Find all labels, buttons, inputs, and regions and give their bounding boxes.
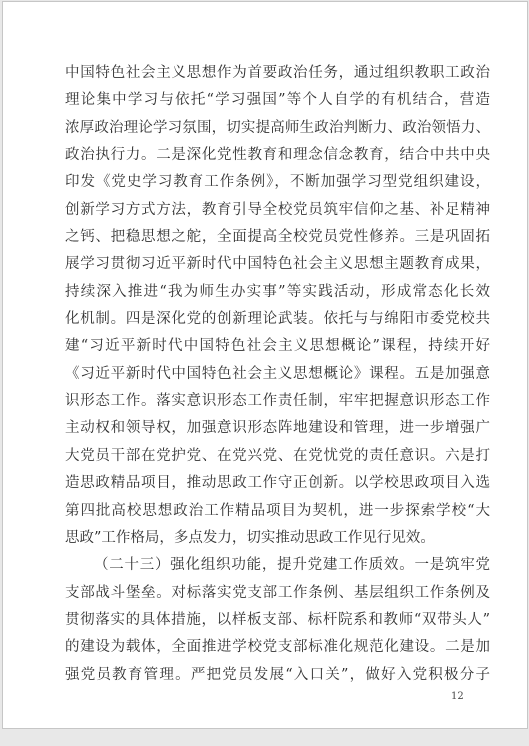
viewer-background: { "colors": { "canvas_bg": "#e8e8e8", "p…: [0, 0, 529, 746]
text-line: 印发《党史学习教育工作条例》，不断加强学习型党组织建设，: [65, 169, 490, 196]
text-line: 造思政精品项目，推动思政工作守正创新。以学校思政项目入选: [65, 470, 490, 497]
text-line: 强党员教育管理。严把党员发展“入口关”，做好入党积极分子: [65, 662, 490, 689]
text-line: 政治执行力。二是深化党性教育和理念信念教育，结合中共中央: [65, 142, 490, 169]
text-line: 理论集中学习与依托“学习强国”等个人自学的有机结合，营造: [65, 87, 490, 114]
page-number: 12: [451, 690, 471, 704]
text-line: 的建设为载体，全面推进学校党支部标准化规范化建设。二是加: [65, 634, 490, 661]
text-line-paragraph-end: 思政”工作格局，多点发力，切实推动思政工作见行见效。: [65, 525, 490, 552]
document-body-text: 中国特色社会主义思想作为首要政治任务，通过组织教职工政治 理论集中学习与依托“学…: [65, 60, 490, 689]
text-line: 化机制。四是深化党的创新理论武装。依托与与绵阳市委党校共: [65, 306, 490, 333]
document-page: 中国特色社会主义思想作为首要政治任务，通过组织教职工政治 理论集中学习与依托“学…: [2, 1, 528, 729]
text-line-paragraph-start: （二十三）强化组织功能，提升党建工作质效。一是筑牢党: [65, 552, 490, 579]
text-line: 浓厚政治理论学习氛围，切实提高师生政治判断力、政治领悟力、: [65, 115, 490, 142]
text-line: 创新学习方式方法，教育引导全校党员筑牢信仰之基、补足精神: [65, 197, 490, 224]
text-line: 中国特色社会主义思想作为首要政治任务，通过组织教职工政治: [65, 60, 490, 87]
text-line: 支部战斗堡垒。对标落实党支部工作条例、基层组织工作条例及: [65, 580, 490, 607]
text-line: 持续深入推进“我为师生办实事”等实践活动，形成常态化长效: [65, 279, 490, 306]
text-line: 之钙、把稳思想之舵，全面提高全校党员党性修养。三是巩固拓: [65, 224, 490, 251]
text-line: 《习近平新时代中国特色社会主义思想概论》课程。五是加强意: [65, 361, 490, 388]
text-line: 第四批高校思想政治工作精品项目为契机，进一步探索学校“大: [65, 498, 490, 525]
text-line: 识形态工作。落实意识形态工作责任制，牢牢把握意识形态工作: [65, 388, 490, 415]
text-line: 展学习贯彻习近平新时代中国特色社会主义思想主题教育成果，: [65, 251, 490, 278]
text-line: 主动权和领导权，加强意识形态阵地建设和管理，进一步增强广: [65, 415, 490, 442]
text-line: 大党员干部在党护党、在党兴党、在党忧党的责任意识。六是打: [65, 443, 490, 470]
text-line: 建“习近平新时代中国特色社会主义思想概论”课程，持续开好: [65, 333, 490, 360]
text-line: 贯彻落实的具体措施，以样板支部、标杆院系和教师“双带头人”: [65, 607, 490, 634]
